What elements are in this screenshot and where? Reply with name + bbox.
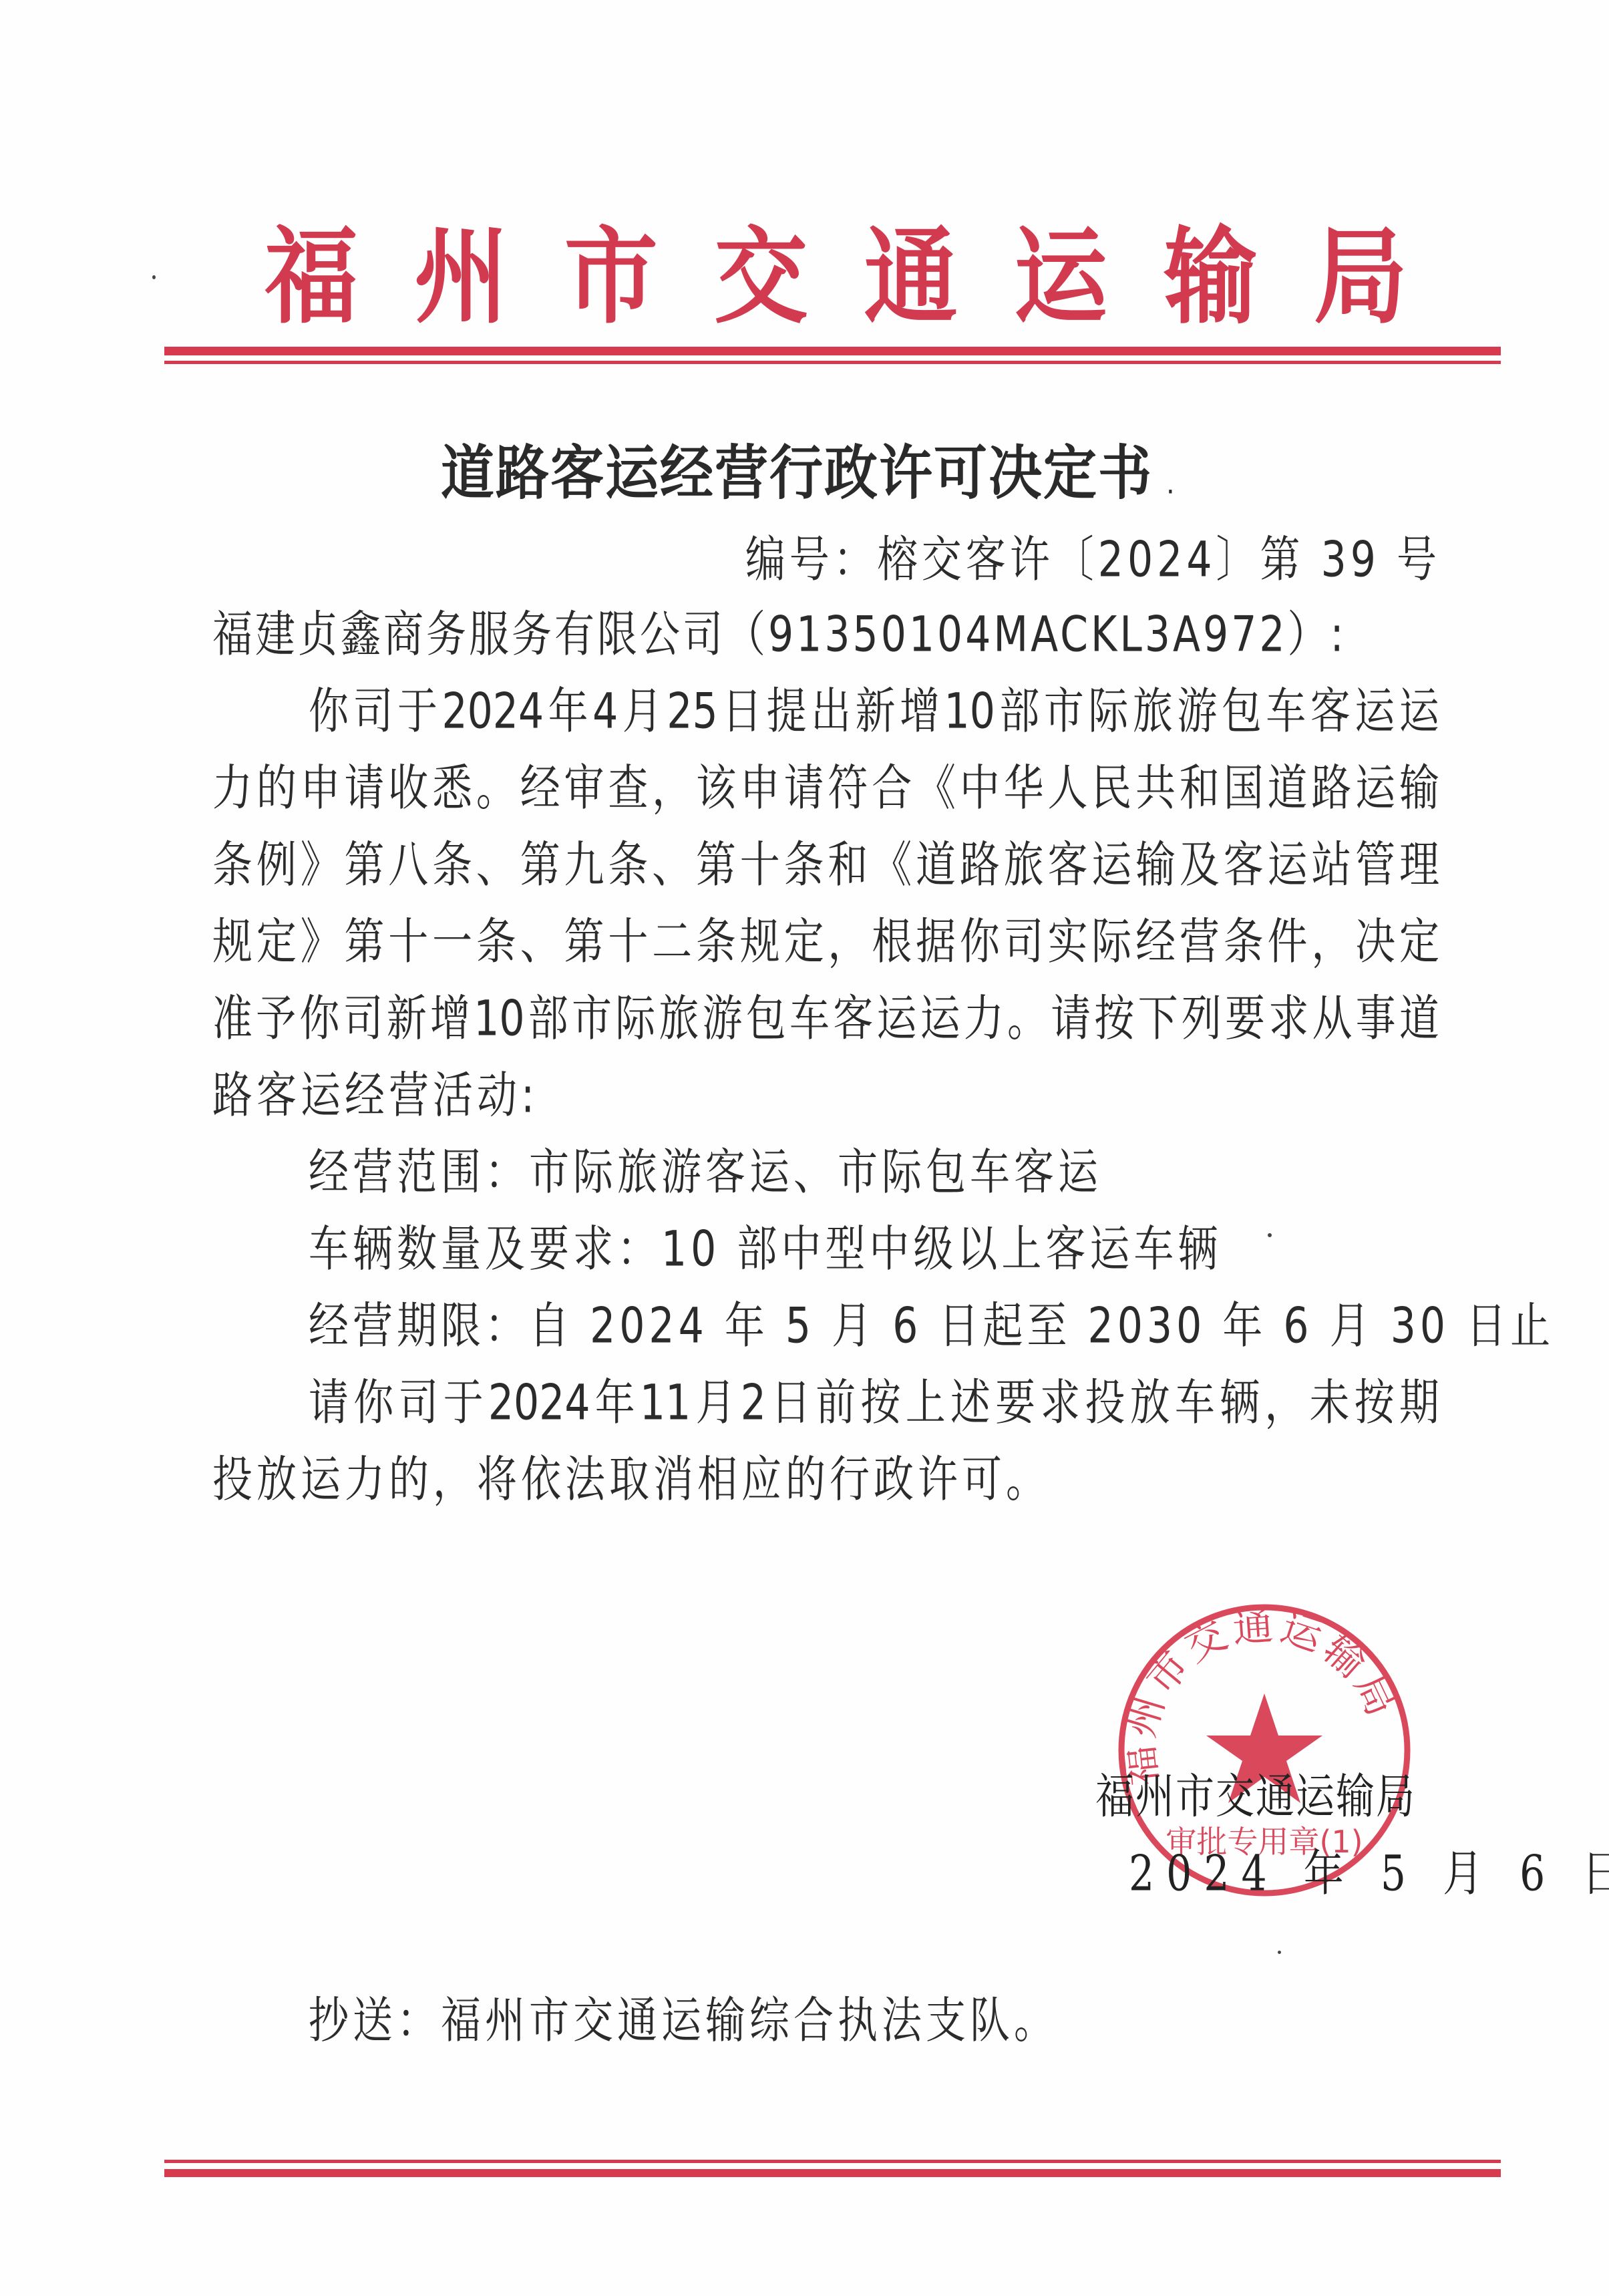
text-token: 提 — [767, 687, 807, 735]
text-token: 你 — [353, 1378, 393, 1427]
text-token: 司 — [343, 994, 383, 1043]
text-token: 道 — [1268, 764, 1308, 812]
text-token: 九 — [564, 840, 604, 889]
text-token: 你 — [299, 994, 339, 1043]
text-token: 按 — [1355, 1378, 1395, 1427]
text-token: 道 — [1399, 994, 1439, 1043]
text-token: 事 — [1356, 994, 1396, 1043]
text-token: 。 — [1007, 994, 1047, 1043]
text-token: 年 — [595, 1378, 635, 1427]
text-token: 司 — [398, 1378, 438, 1427]
text-token: 于 — [443, 1378, 484, 1427]
text-token: 按 — [1094, 994, 1134, 1043]
text-token: 和 — [1180, 764, 1220, 812]
text-token: 前 — [816, 1378, 856, 1427]
text-token: 决 — [1355, 917, 1395, 966]
text-token: 新 — [856, 687, 896, 735]
body-line-4: 规定》第十一条、第十二条规定，根据你司实际经营条件，决定 — [212, 917, 1439, 966]
text-token: 游 — [1177, 687, 1217, 735]
text-token: 际 — [1091, 917, 1131, 966]
text-token: 新 — [387, 994, 427, 1043]
text-token: 规 — [740, 917, 780, 966]
text-token: 客 — [1047, 840, 1087, 889]
text-token: 据 — [916, 917, 956, 966]
text-token: 4 — [592, 687, 618, 735]
item-label: 经营范围： — [309, 1144, 529, 1200]
text-token: 《 — [916, 764, 956, 812]
text-token: 2 — [741, 1378, 766, 1427]
text-token: 运 — [920, 994, 960, 1043]
text-token: 审 — [564, 764, 604, 812]
text-token: 条 — [1224, 917, 1264, 966]
text-token: 条 — [784, 840, 824, 889]
signature-organization: 福州市交通运输局 — [1095, 1773, 1416, 1820]
text-token: 十 — [388, 917, 428, 966]
text-token: 客 — [1224, 840, 1264, 889]
text-token: 营 — [1180, 917, 1220, 966]
text-token: 求 — [1268, 994, 1308, 1043]
text-token: 放 — [1130, 1378, 1170, 1427]
scan-speck — [1268, 1233, 1272, 1237]
text-token: ， — [1311, 917, 1351, 966]
text-token: 申 — [740, 764, 780, 812]
letterhead: 福 州 市 交 通 运 输 局 — [164, 220, 1501, 334]
text-token: 华 — [1004, 764, 1044, 812]
text-token: 25 — [667, 687, 717, 735]
text-token: 悉 — [432, 764, 472, 812]
text-token: 件 — [1268, 917, 1308, 966]
text-token: 你 — [309, 687, 349, 735]
text-token: ， — [1264, 1378, 1304, 1427]
text-token: 按 — [860, 1378, 900, 1427]
item-value: 市际旅游客运、市际包车客运 — [529, 1144, 1102, 1200]
text-token: 期 — [1399, 1378, 1439, 1427]
text-token: 道 — [916, 840, 956, 889]
signature-date: 2024 年 5 月 6 日 — [1129, 1849, 1609, 1898]
text-token: 定 — [784, 917, 824, 966]
text-token: 车 — [1175, 1378, 1215, 1427]
text-token: 运 — [1399, 687, 1439, 735]
text-token: 请 — [344, 764, 384, 812]
text-token: 》 — [301, 840, 341, 889]
text-token: 2024 — [488, 1378, 590, 1427]
item-label: 经营期限： — [309, 1297, 529, 1354]
document-number-value: 榕交客许〔2024〕第 39 号 — [878, 531, 1441, 588]
text-token: 规 — [212, 917, 252, 966]
text-token: 查 — [608, 764, 648, 812]
text-token: 二 — [652, 917, 692, 966]
text-token: 第 — [564, 917, 604, 966]
text-token: 月 — [695, 1378, 735, 1427]
body-line-3: 条例》第八条、第九条、第十条和《道路旅客运输及客运站管理 — [212, 840, 1439, 889]
letterhead-char: 通 — [864, 225, 958, 330]
cc-recipient: 福州市交通运输综合执法支队。 — [441, 1992, 1058, 2049]
document-page: 福 州 市 交 通 运 输 局 道路客运经营行政许可决定书. 编号：榕交客许〔2… — [0, 0, 1609, 2296]
text-token: 条 — [476, 917, 516, 966]
text-token: ， — [652, 764, 692, 812]
letterhead-char: 州 — [414, 225, 508, 330]
text-token: 十 — [740, 840, 780, 889]
text-token: 及 — [1180, 840, 1220, 889]
body-line-2: 力的申请收悉。经审查，该申请符合《中华人民共和国道路运输 — [212, 764, 1439, 812]
text-token: 要 — [1225, 994, 1265, 1043]
text-token: 定 — [1399, 917, 1439, 966]
text-token: 请 — [1051, 994, 1091, 1043]
text-token: 游 — [703, 994, 743, 1043]
text-token: 运 — [1355, 764, 1395, 812]
text-token: 申 — [301, 764, 341, 812]
text-token: 一 — [432, 917, 472, 966]
text-token: 运 — [1355, 687, 1395, 735]
text-token: 理 — [1399, 840, 1439, 889]
text-token: 司 — [353, 687, 393, 735]
text-token: 旅 — [1004, 840, 1044, 889]
text-token: 人 — [1047, 764, 1087, 812]
text-token: 、 — [652, 840, 692, 889]
text-token: 管 — [1355, 840, 1395, 889]
document-title-text: 道路客运经营行政许可决定书 — [441, 439, 1153, 507]
text-token: 于 — [397, 687, 437, 735]
scan-speck — [152, 275, 156, 279]
item-value: 自 2024 年 5 月 6 日起至 2030 年 6 月 30 日止 — [529, 1297, 1554, 1354]
seal-outer-text: 福州市交通运输局 — [1116, 1602, 1407, 1788]
footer-rule-thin — [164, 2160, 1501, 2163]
text-token: 路 — [960, 840, 1000, 889]
text-token: 请 — [309, 1378, 349, 1427]
letterhead-char: 输 — [1164, 225, 1258, 330]
text-token: 日 — [722, 687, 762, 735]
item-business-period: 经营期限：自 2024 年 5 月 6 日起至 2030 年 6 月 30 日止 — [309, 1301, 1554, 1350]
text-token: 增 — [900, 687, 940, 735]
text-token: 输 — [1135, 840, 1176, 889]
text-token: 辆 — [1220, 1378, 1260, 1427]
text-token: 10 — [474, 994, 524, 1043]
text-token: 。 — [476, 764, 516, 812]
text-token: 条 — [432, 840, 472, 889]
text-token: 共 — [1135, 764, 1176, 812]
text-token: 运 — [1091, 840, 1131, 889]
text-token: 例 — [256, 840, 297, 889]
text-token: 包 — [1222, 687, 1262, 735]
item-label: 车辆数量及要求： — [309, 1220, 661, 1277]
text-token: 从 — [1312, 994, 1352, 1043]
text-token: ， — [828, 917, 868, 966]
text-token: 定 — [256, 917, 297, 966]
text-token: 10 — [944, 687, 995, 735]
text-token: 列 — [1182, 994, 1222, 1043]
text-token: 该 — [696, 764, 736, 812]
text-token: 条 — [608, 840, 648, 889]
text-token: 求 — [1040, 1378, 1080, 1427]
body-line-5: 准予你司新增10部市际旅游包车客运运力。请按下列要求从事道 — [212, 994, 1439, 1043]
text-token: 的 — [256, 764, 297, 812]
document-number-label: 编号： — [745, 531, 878, 588]
scan-speck — [1278, 1951, 1281, 1954]
text-token: 中 — [960, 764, 1000, 812]
footer-rule-thick — [164, 2169, 1501, 2177]
addressee: 福建贞鑫商务服务有限公司（91350104MACKL3A972）: — [212, 610, 1347, 659]
header-rule-thin — [164, 361, 1501, 364]
text-token: 八 — [388, 840, 428, 889]
text-token: 客 — [833, 994, 873, 1043]
text-token: 请 — [784, 764, 824, 812]
text-token: 实 — [1047, 917, 1087, 966]
text-token: 力 — [964, 994, 1004, 1043]
text-token: 市 — [1044, 687, 1084, 735]
letterhead-char: 局 — [1314, 225, 1407, 330]
text-token: 市 — [572, 994, 612, 1043]
body-line-6: 路客运经营活动: — [212, 1071, 1439, 1120]
letterhead-char: 交 — [714, 225, 808, 330]
item-business-scope: 经营范围：市际旅游客运、市际包车客运 — [309, 1148, 1102, 1196]
text-token: 输 — [1399, 764, 1439, 812]
text-token: 、 — [476, 840, 516, 889]
text-token: 国 — [1224, 764, 1264, 812]
letterhead-char: 运 — [1014, 225, 1107, 330]
text-token: 司 — [1004, 917, 1044, 966]
letterhead-char: 福 — [264, 225, 358, 330]
item-vehicle-requirements: 车辆数量及要求：10 部中型中级以上客运车辆 — [309, 1224, 1222, 1273]
text-token: 月 — [622, 687, 663, 735]
text-token: 合 — [872, 764, 912, 812]
title-trailing-mark: . — [1166, 467, 1176, 501]
document-title: 道路客运经营行政许可决定书. — [0, 444, 1609, 503]
text-token: 11 — [640, 1378, 691, 1427]
text-token: 、 — [520, 917, 560, 966]
text-token: 站 — [1311, 840, 1351, 889]
letterhead-char: 市 — [564, 225, 658, 330]
text-token: 民 — [1091, 764, 1131, 812]
text-token: 路 — [1311, 764, 1351, 812]
text-token: 第 — [520, 840, 560, 889]
text-token: 《 — [872, 840, 912, 889]
text-token: 你 — [960, 917, 1000, 966]
text-token: 十 — [608, 917, 648, 966]
text-token: 根 — [872, 917, 912, 966]
text-token: 运 — [1268, 840, 1308, 889]
text-token: 投 — [1085, 1378, 1125, 1427]
document-number: 编号：榕交客许〔2024〕第 39 号 — [745, 535, 1441, 584]
text-token: 车 — [1266, 687, 1306, 735]
text-token: 第 — [696, 840, 736, 889]
body-p2-line-1: 请你司于2024年11月2日前按上述要求投放车辆，未按期 — [309, 1378, 1439, 1427]
body-p2-line-2: 投放运力的，将依法取消相应的行政许可。 — [212, 1455, 1439, 1504]
text-token: 》 — [301, 917, 341, 966]
text-token: 际 — [615, 994, 655, 1043]
cc-line: 抄送：福州市交通运输综合执法支队。 — [309, 1996, 1058, 2045]
text-token: 条 — [212, 840, 252, 889]
text-token: 增 — [430, 994, 470, 1043]
text-token: 力 — [212, 764, 252, 812]
text-token: 经 — [520, 764, 560, 812]
text-token: 部 — [999, 687, 1039, 735]
text-token: 车 — [789, 994, 830, 1043]
text-token: 准 — [212, 994, 252, 1043]
text-token: 旅 — [659, 994, 699, 1043]
text-token: 运 — [876, 994, 916, 1043]
cc-label: 抄送： — [309, 1992, 441, 2049]
text-token: 年 — [548, 687, 588, 735]
text-token: 第 — [344, 840, 384, 889]
text-token: 符 — [828, 764, 868, 812]
text-token: 客 — [1310, 687, 1351, 735]
text-token: 际 — [1088, 687, 1128, 735]
text-token: 要 — [995, 1378, 1035, 1427]
body-line-1: 你司于2024年4月25日提出新增10部市际旅游包车客运运 — [309, 687, 1439, 735]
header-rule-thick — [164, 347, 1501, 355]
svg-text:福州市交通运输局: 福州市交通运输局 — [1116, 1602, 1407, 1788]
text-token: 旅 — [1133, 687, 1173, 735]
text-token: 条 — [696, 917, 736, 966]
text-token: 部 — [528, 994, 568, 1043]
text-token: 上 — [906, 1378, 946, 1427]
text-token: 第 — [344, 917, 384, 966]
text-token: 经 — [1135, 917, 1176, 966]
text-token: 下 — [1138, 994, 1178, 1043]
text-token: 2024 — [441, 687, 544, 735]
text-token: 未 — [1310, 1378, 1350, 1427]
text-token: 出 — [811, 687, 851, 735]
item-value: 10 部中型中级以上客运车辆 — [661, 1220, 1222, 1277]
text-token: 予 — [256, 994, 296, 1043]
text-token: 和 — [828, 840, 868, 889]
text-token: 述 — [950, 1378, 991, 1427]
text-token: 包 — [746, 994, 786, 1043]
text-token: 日 — [771, 1378, 811, 1427]
text-token: 收 — [388, 764, 428, 812]
